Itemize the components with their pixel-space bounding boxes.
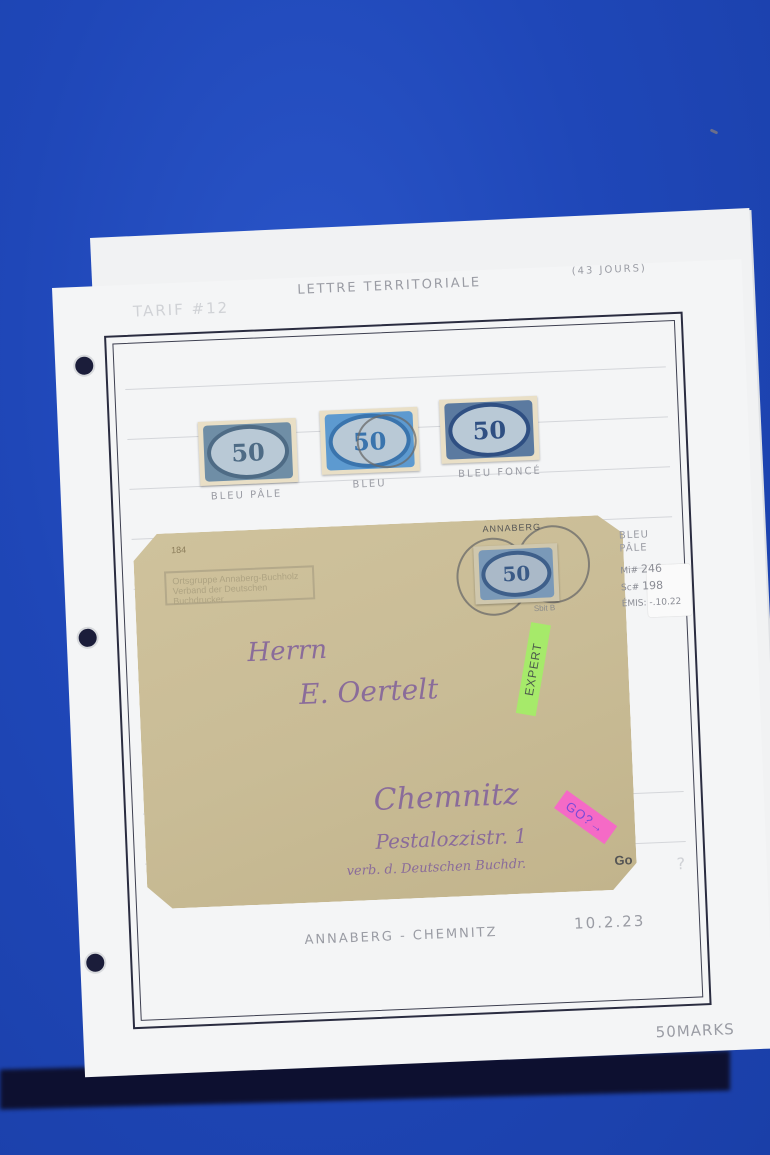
route-date: 10.2.23 — [574, 912, 646, 933]
address-line4: verb. d. Deutschen Buchdr. — [346, 857, 526, 880]
lint-speck — [710, 128, 719, 134]
postal-cover: 184 Ortsgruppe Annaberg-Buchholz Verband… — [132, 514, 637, 909]
margin-question-mark: ? — [676, 854, 687, 873]
expert-signature-mark: Go — [614, 852, 633, 868]
punch-hole-bottom — [84, 951, 107, 974]
duration-note: (43 JOURS) — [572, 263, 648, 277]
punch-hole-top — [73, 354, 96, 377]
side-note-shade: BLEU PÂLE — [619, 528, 660, 556]
stamp-pencil-note: Sbit B — [534, 603, 556, 613]
stamp-bleu-pale: 50 — [198, 418, 299, 486]
go-tag: GO?→ — [554, 790, 617, 844]
address-name: E. Oertelt — [299, 672, 439, 711]
expert-tag: EXPERT — [516, 622, 551, 716]
cover-stamp: 50 — [473, 543, 559, 604]
address-street: Pestalozzistr. 1 — [375, 824, 528, 854]
punch-hole-middle — [76, 626, 99, 649]
shade-label-bleu: BLEU — [352, 478, 387, 490]
page-title: LETTRE TERRITORIALE — [297, 275, 481, 298]
stamp-bleu: 50 — [319, 407, 420, 475]
sender-cachet: Ortsgruppe Annaberg-Buchholz Verband der… — [164, 565, 315, 605]
address-salutation: Herrn — [247, 635, 328, 668]
album-page: TARIF #12 LETTRE TERRITORIALE (43 JOURS)… — [52, 259, 770, 1077]
tariff-label: TARIF #12 — [133, 299, 230, 321]
cover-corner-note: 184 — [171, 545, 186, 556]
stamp-bleu-fonce: 50 — [439, 396, 540, 464]
address-city: Chemnitz — [373, 777, 520, 818]
footer-note: 50MARKS — [655, 1020, 735, 1041]
catalog-numbers: Mi# 246 Sc# 198 ÉMIS: -.10.22 — [620, 560, 682, 612]
